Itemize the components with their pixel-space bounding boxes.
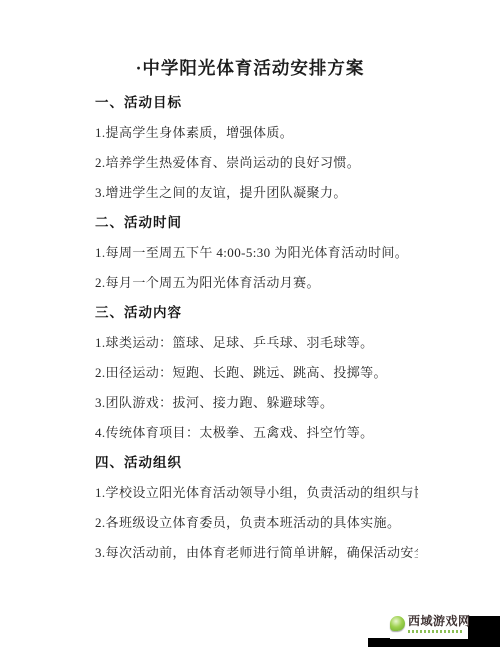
section-heading: 二、活动时间 — [95, 208, 418, 238]
list-item: 4.传统体育项目：太极拳、五禽戏、抖空竹等。 — [95, 418, 418, 448]
watermark-subtext-line — [408, 630, 464, 633]
list-item: 1.提高学生身体素质，增强体质。 — [95, 118, 418, 148]
list-item: 3.增进学生之间的友谊，提升团队凝聚力。 — [95, 178, 418, 208]
corner-black-block — [466, 616, 500, 647]
list-item: 2.各班级设立体育委员，负责本班活动的具体实施。 — [95, 508, 418, 538]
list-item: 2.每月一个周五为阳光体育活动月赛。 — [95, 268, 418, 298]
document-body: 一、活动目标 1.提高学生身体素质，增强体质。 2.培养学生热爱体育、崇尚运动的… — [95, 88, 418, 568]
section-heading: 三、活动内容 — [95, 298, 418, 328]
watermark-site-name: 西域游戏网 — [408, 614, 471, 628]
list-item: 2.田径运动：短跑、长跑、跳远、跳高、投掷等。 — [95, 358, 418, 388]
list-item: 1.学校设立阳光体育活动领导小组，负责活动的组织与协调。 — [95, 478, 418, 508]
document-page: ·中学阳光体育活动安排方案 一、活动目标 1.提高学生身体素质，增强体质。 2.… — [0, 0, 500, 647]
list-item: 1.每周一至周五下午 4:00-5:30 为阳光体育活动时间。 — [95, 238, 418, 268]
document-title: ·中学阳光体育活动安排方案 — [0, 55, 500, 80]
site-watermark: 西域游戏网 — [390, 612, 468, 639]
list-item: 2.培养学生热爱体育、崇尚运动的良好习惯。 — [95, 148, 418, 178]
section-heading: 四、活动组织 — [95, 448, 418, 478]
list-item: 3.团队游戏：拔河、接力跑、躲避球等。 — [95, 388, 418, 418]
list-item: 3.每次活动前，由体育老师进行简单讲解，确保活动安全有序。 — [95, 538, 418, 568]
leaf-logo-icon — [390, 616, 405, 631]
list-item: 1.球类运动：篮球、足球、乒乓球、羽毛球等。 — [95, 328, 418, 358]
section-heading: 一、活动目标 — [95, 88, 418, 118]
